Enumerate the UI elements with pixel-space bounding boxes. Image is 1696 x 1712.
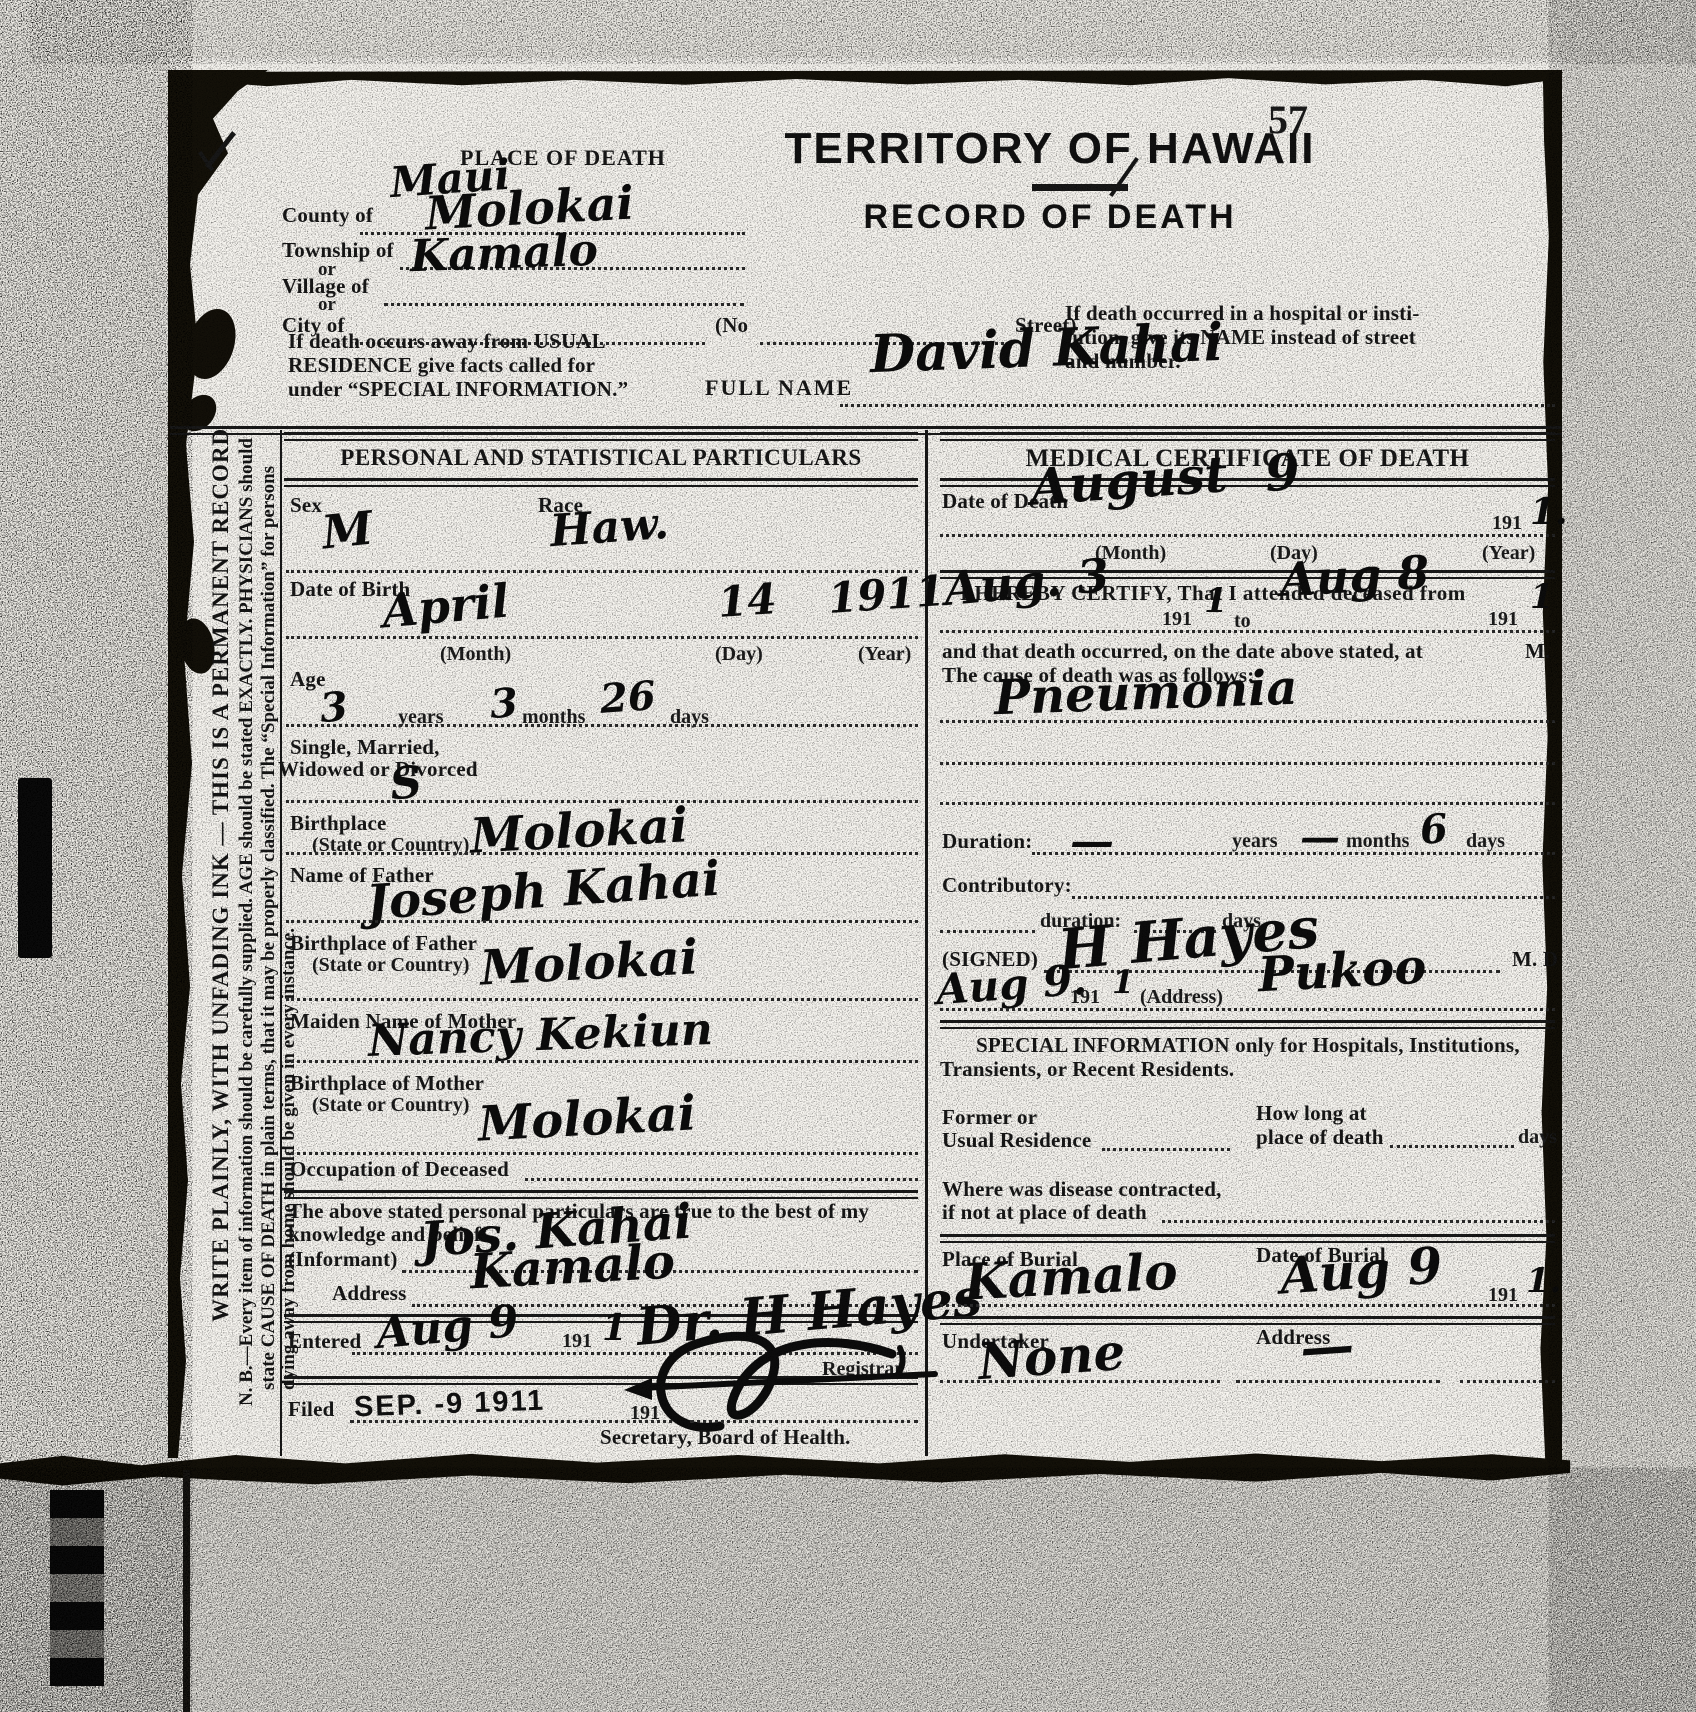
signed-address-value: Pukoo	[1257, 946, 1427, 998]
city-no-label: (No	[715, 314, 748, 336]
age-months-value: 3	[489, 685, 519, 723]
occurred-text: and that death occurred, on the date abo…	[942, 640, 1423, 662]
wedge-step-1	[50, 1490, 104, 1518]
medical-rule-top	[940, 432, 1555, 441]
burial-rule	[940, 1316, 1555, 1325]
date-of-burial-value: Aug 9	[1279, 1242, 1444, 1298]
signed-year-hand: 1	[1112, 968, 1134, 997]
duration-years-word: years	[1232, 830, 1278, 853]
disease-rule	[940, 1234, 1555, 1243]
special-info-line2: Transients, or Recent Residents.	[940, 1058, 1234, 1080]
undertaker-line-a	[940, 1380, 1220, 1383]
mother-maiden-line	[286, 1060, 918, 1063]
father-birthplace-label: Birthplace of Father	[290, 932, 477, 954]
marital-label-line2: Widowed or Divorced	[278, 758, 478, 780]
cause-line-1	[940, 720, 1555, 723]
mother-birthplace-line	[286, 1152, 918, 1155]
entered-year-printed: 191	[562, 1330, 592, 1353]
usual-note-line3: under “SPECIAL INFORMATION.”	[288, 378, 628, 400]
cause-line-3	[940, 802, 1555, 805]
cause-of-death-value: Pneumonia	[993, 667, 1298, 721]
occupation-label: Occupation of Deceased	[290, 1158, 509, 1180]
duration-months-dash: —	[1300, 820, 1340, 856]
undertaker-address-value: —	[1298, 1320, 1355, 1372]
sex-race-line	[286, 570, 918, 573]
place-of-death-days-word: days	[1518, 1126, 1557, 1149]
torn-border-right	[1538, 70, 1562, 1460]
village-line	[384, 303, 744, 306]
attended-from-date: Aug. 3	[943, 555, 1111, 611]
dob-month-value: April	[380, 581, 510, 633]
usual-note-line1: If death occurs away from USUAL	[288, 330, 606, 352]
dob-day-value: 14	[717, 580, 778, 622]
occupation-rule	[284, 1190, 918, 1199]
age-years-value: 3	[318, 689, 349, 727]
full-name-label: FULL NAME	[705, 376, 853, 399]
father-birthplace-value: Molokai	[479, 936, 699, 991]
undertaker-line-c	[1460, 1380, 1555, 1383]
duration-days-word: days	[1466, 830, 1505, 853]
undertaker-line-b	[1236, 1380, 1440, 1383]
attended-to-date: Aug 8	[1279, 552, 1430, 601]
mother-maiden-value: Nancy Kekiun	[367, 1010, 713, 1062]
record-title: RECORD OF DEATH	[780, 198, 1320, 237]
undertaker-value: None	[977, 1329, 1127, 1384]
attended-from-year-printed: 191	[1162, 608, 1192, 631]
age-line	[286, 724, 918, 727]
personal-rule-top	[284, 432, 918, 441]
father-birthplace-subcaption: (State or Country)	[312, 954, 469, 977]
informant-address-value: Kamalo	[469, 1241, 676, 1295]
usual-residence-label: Usual Residence	[942, 1129, 1091, 1151]
township-label: Township of	[282, 239, 394, 261]
place-of-death-days-line	[1390, 1145, 1514, 1148]
md-label: M. D	[1512, 948, 1558, 970]
cause-line-2	[940, 762, 1555, 765]
marital-label-line1: Single, Married,	[290, 736, 440, 758]
mother-birthplace-label: Birthplace of Mother	[290, 1072, 484, 1094]
usual-residence-line	[1102, 1148, 1230, 1151]
wedge-step-4	[50, 1574, 104, 1602]
mother-birthplace-value: Molokai	[477, 1092, 697, 1147]
dob-line	[286, 636, 918, 639]
father-name-line	[286, 920, 918, 923]
dob-day-caption: (Day)	[715, 643, 763, 666]
birthplace-value: Molokai	[469, 804, 689, 859]
mother-birthplace-subcaption: (State or Country)	[312, 1094, 469, 1117]
usual-note-line2: RESIDENCE give facts called for	[288, 354, 595, 376]
dob-year-value: 1911	[827, 572, 946, 618]
date-of-death-line	[940, 534, 1555, 537]
disease-contracted-line2: if not at place of death	[942, 1201, 1147, 1223]
wedge-step-5	[50, 1602, 104, 1630]
disease-contracted-line1: Where was disease contracted,	[942, 1178, 1222, 1200]
calibration-step-wedge	[50, 1490, 104, 1686]
county-label: County of	[282, 204, 373, 226]
personal-section-title: PERSONAL AND STATISTICAL PARTICULARS	[284, 446, 918, 470]
duration-months-word: months	[1346, 830, 1409, 853]
wedge-step-3	[50, 1546, 104, 1574]
death-year-hand: 1.	[1530, 496, 1568, 528]
place-of-burial-value: Kamalo	[963, 1248, 1179, 1304]
dob-year-caption: (Year)	[858, 643, 911, 666]
death-year-printed: 191	[1492, 512, 1522, 535]
attended-to-year-hand: 1	[1530, 582, 1554, 613]
signed-rule	[940, 1020, 1555, 1029]
margin-note-nb1: N. B.—Every item of information should b…	[236, 438, 258, 1406]
marital-value: S	[388, 762, 424, 805]
wedge-step-6	[50, 1630, 104, 1658]
informant-label: (Informant)	[288, 1248, 398, 1270]
burial-line	[940, 1304, 1555, 1307]
wedge-step-7	[50, 1658, 104, 1686]
duration-years-dash: —	[1070, 822, 1114, 862]
age-days-value: 26	[599, 678, 657, 718]
full-name-line	[840, 404, 1555, 407]
filed-date-stamp: SEP. -9 1911	[353, 1385, 545, 1425]
sex-label: Sex	[290, 494, 322, 516]
margin-note-nb2: state CAUSE OF DEATH in plain terms, tha…	[258, 466, 280, 1390]
page-number: 57	[1268, 96, 1308, 143]
occupation-line	[525, 1178, 918, 1181]
race-value: Haw.	[549, 504, 670, 552]
secretary-label: Secretary, Board of Health.	[600, 1426, 851, 1448]
wedge-step-2	[50, 1518, 104, 1546]
signed-address-line	[940, 1008, 1555, 1011]
burial-year-hand: 1.	[1526, 1266, 1562, 1297]
village-value: Kamalo	[409, 231, 598, 277]
former-residence-label: Former or	[942, 1106, 1037, 1128]
birthplace-label: Birthplace	[290, 812, 387, 834]
personal-rule-bottom	[284, 478, 918, 487]
certificate-page: WRITE PLAINLY, WITH UNFADING INK — THIS …	[170, 58, 1562, 1460]
left-inner-border	[280, 430, 282, 1456]
death-year-caption: (Year)	[1482, 542, 1535, 565]
secretary-line	[690, 1420, 918, 1423]
attended-from-year-hand: 1	[1204, 586, 1228, 617]
bottom-left-vertical-line	[183, 1470, 190, 1712]
contributory-duration-line-a	[940, 930, 1035, 933]
death-month-value: August	[1029, 451, 1229, 510]
dob-month-caption: (Month)	[440, 643, 511, 666]
torn-border-top	[170, 70, 1562, 88]
margin-note-bold: WRITE PLAINLY, WITH UNFADING INK — THIS …	[208, 428, 234, 1322]
informant-address-label: Address	[332, 1282, 407, 1304]
scanned-death-certificate: WRITE PLAINLY, WITH UNFADING INK — THIS …	[0, 0, 1696, 1712]
meridiem-label: M.	[1525, 640, 1550, 662]
attended-line	[940, 630, 1555, 633]
contributory-label: Contributory:	[942, 874, 1072, 896]
attended-to-year-printed: 191	[1488, 608, 1518, 631]
signed-date-value: Aug 9.	[935, 961, 1088, 1009]
signed-address-caption: (Address)	[1140, 986, 1223, 1009]
entered-date-value: Aug 9	[375, 1302, 521, 1354]
entered-label: Entered	[288, 1330, 361, 1352]
sex-value: M	[320, 507, 375, 553]
territory-title: TERRITORY OF HAWAII	[780, 124, 1320, 174]
birthplace-line	[286, 852, 918, 855]
full-name-value: David Kahai	[869, 320, 1224, 379]
how-long-label: How long at	[1256, 1102, 1367, 1124]
special-info-line1: SPECIAL INFORMATION only for Hospitals, …	[976, 1034, 1520, 1056]
place-of-death-days-label: place of death	[1256, 1126, 1384, 1148]
film-marker-bar	[18, 778, 52, 958]
death-day-value: 9	[1263, 449, 1301, 496]
duration-days-value: 6	[1418, 811, 1449, 849]
filed-label: Filed	[288, 1398, 335, 1420]
father-birthplace-line	[286, 998, 918, 1001]
disease-contracted-line	[1162, 1220, 1555, 1223]
duration-label: Duration:	[942, 830, 1032, 852]
signed-year-printed: 191	[1070, 986, 1100, 1009]
